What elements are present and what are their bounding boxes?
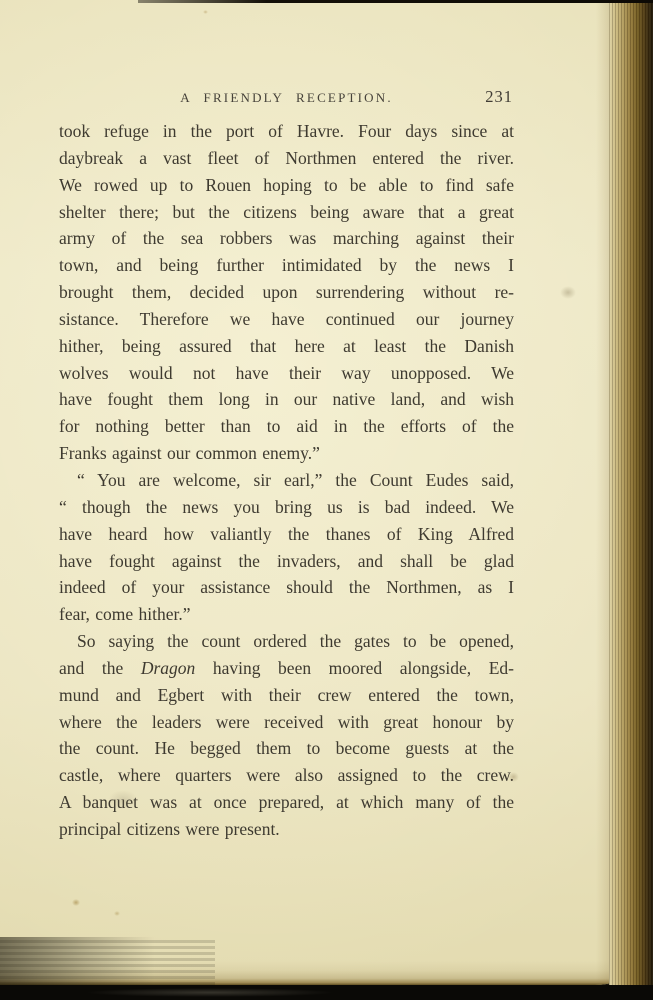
text-line: A banquet was at once prepared, at which… (59, 789, 514, 816)
text-line: have heard how valiantly the thanes of K… (59, 521, 514, 548)
text-line: daybreak a vast fleet of Northmen entere… (59, 145, 514, 172)
text-line: We rowed up to Rouen hoping to be able t… (59, 172, 514, 199)
text-line: took refuge in the port of Havre. Four d… (59, 118, 514, 145)
book-page: A FRIENDLY RECEPTION. 231 took refuge in… (0, 0, 621, 985)
text-line: hither, being assured that here at least… (59, 333, 514, 360)
text-line: army of the sea robbers was marching aga… (59, 225, 514, 252)
page-body: took refuge in the port of Havre. Four d… (59, 118, 514, 843)
text-line: Franks against our common enemy.” (59, 440, 514, 467)
text-line: have fought them long in our native land… (59, 386, 514, 413)
paper-stain (203, 10, 208, 14)
text-line: shelter there; but the citizens being aw… (59, 199, 514, 226)
text-line: have fought against the invaders, and sh… (59, 548, 514, 575)
text-line: sistance. Therefore we have continued ou… (59, 306, 514, 333)
paper-stain (114, 911, 120, 916)
text-line: principal citizens were present. (59, 816, 514, 843)
text-line: castle, where quarters were also assigne… (59, 762, 514, 789)
paper-stain (560, 286, 576, 299)
page-gutter-crease (596, 0, 610, 985)
text-line: fear, come hither.” (59, 601, 514, 628)
text-line: the count. He begged them to become gues… (59, 735, 514, 762)
scan-edge-top (138, 0, 653, 3)
text-line: “ though the news you bring us is bad in… (59, 494, 514, 521)
running-title: A FRIENDLY RECEPTION. (59, 90, 514, 106)
text-line: So saying the count ordered the gates to… (59, 628, 514, 655)
text-line: “ You are welcome, sir earl,” the Count … (59, 467, 514, 494)
text-line: where the leaders were received with gre… (59, 709, 514, 736)
text-line: town, and being further intimidated by t… (59, 252, 514, 279)
text-line: mund and Egbert with their crew entered … (59, 682, 514, 709)
text-line: wolves would not have their way unoppose… (59, 360, 514, 387)
text-line: for nothing better than to aid in the ef… (59, 413, 514, 440)
text-line: and the Dragon having been moored alongs… (59, 655, 514, 682)
scan-smear (85, 988, 335, 997)
book-scan: A FRIENDLY RECEPTION. 231 took refuge in… (0, 0, 653, 1000)
scan-shadow-bottom-left (0, 937, 215, 985)
page-number: 231 (485, 87, 513, 107)
paper-stain (72, 899, 80, 906)
text-line: indeed of your assistance should the Nor… (59, 574, 514, 601)
scan-background-band (0, 985, 653, 1000)
book-page-edges (609, 0, 653, 990)
page-header: A FRIENDLY RECEPTION. 231 (59, 90, 514, 112)
text-line: brought them, decided upon surrendering … (59, 279, 514, 306)
